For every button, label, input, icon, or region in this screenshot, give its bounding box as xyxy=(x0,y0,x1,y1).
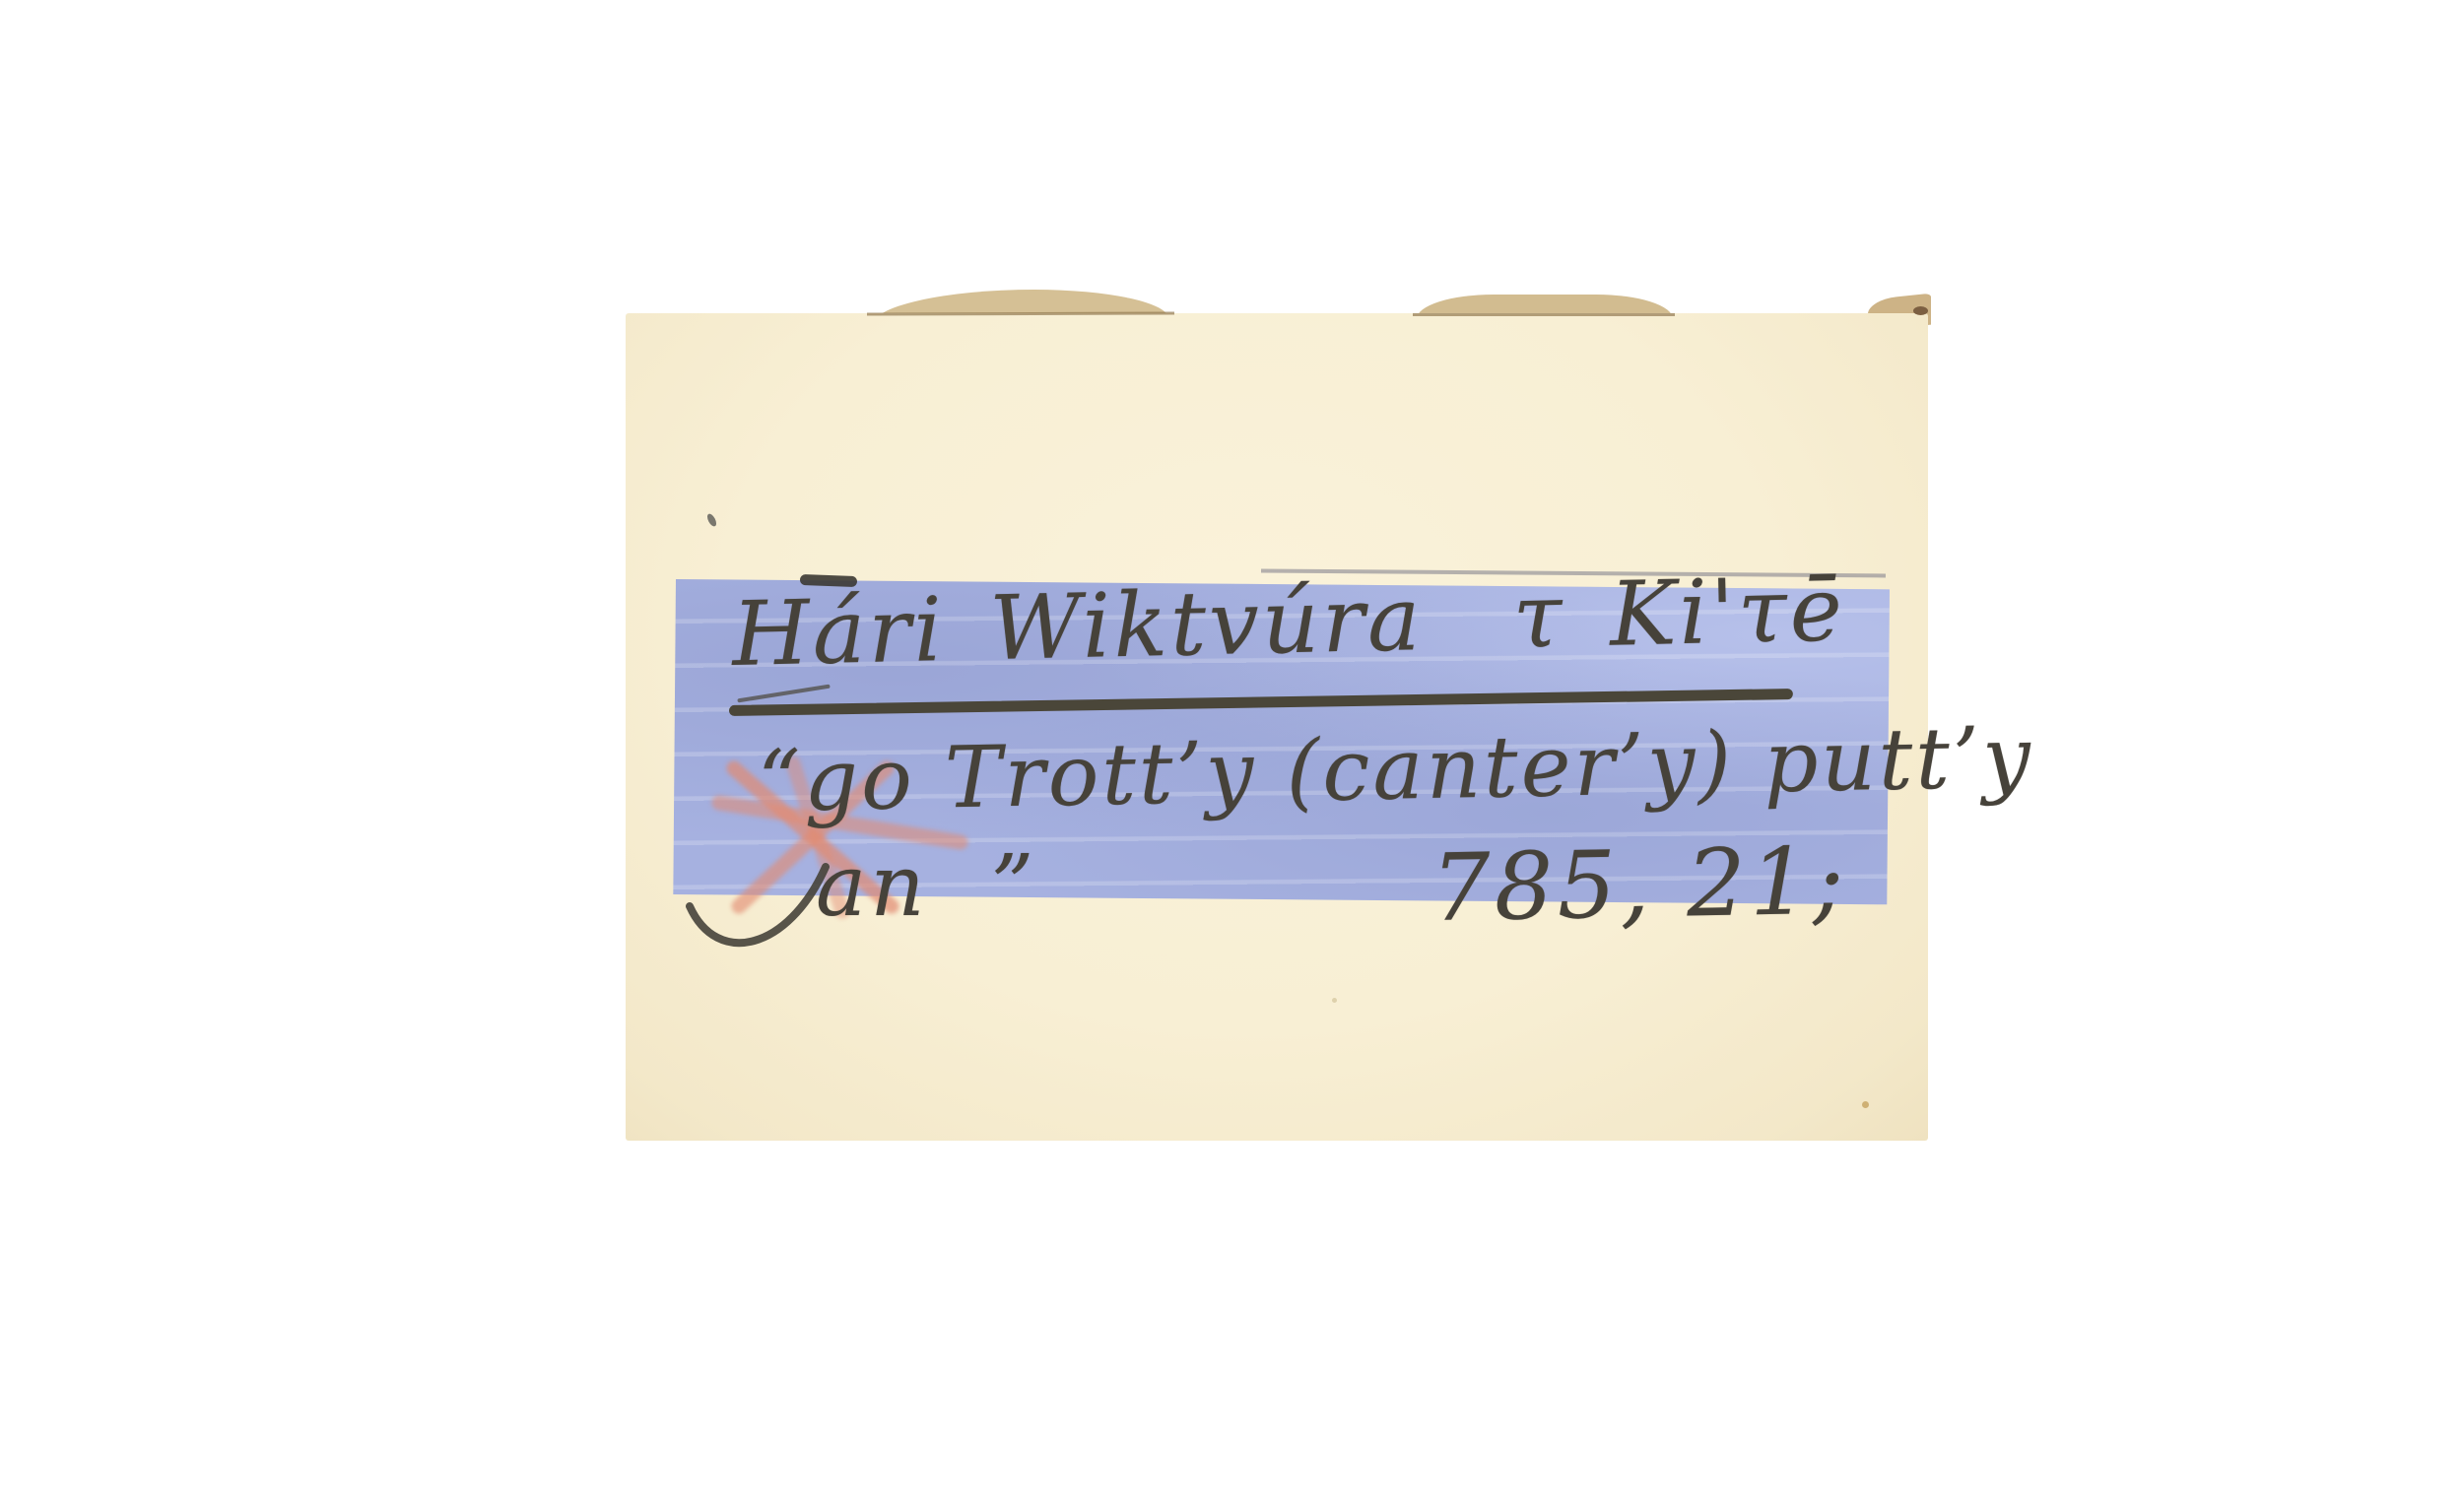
card-corner-mark xyxy=(1913,306,1928,315)
scan-background: Hári Wiktvúra τ Ki'τē “go Trott’y (cante… xyxy=(0,0,2462,1512)
reference-number: 785, 21; xyxy=(1431,828,1848,943)
card-top-edge-crease-right xyxy=(1413,313,1675,316)
paper-speck xyxy=(1332,998,1337,1003)
paper-speck xyxy=(1862,1101,1869,1108)
quotation-continuation: an ” xyxy=(816,837,1037,936)
